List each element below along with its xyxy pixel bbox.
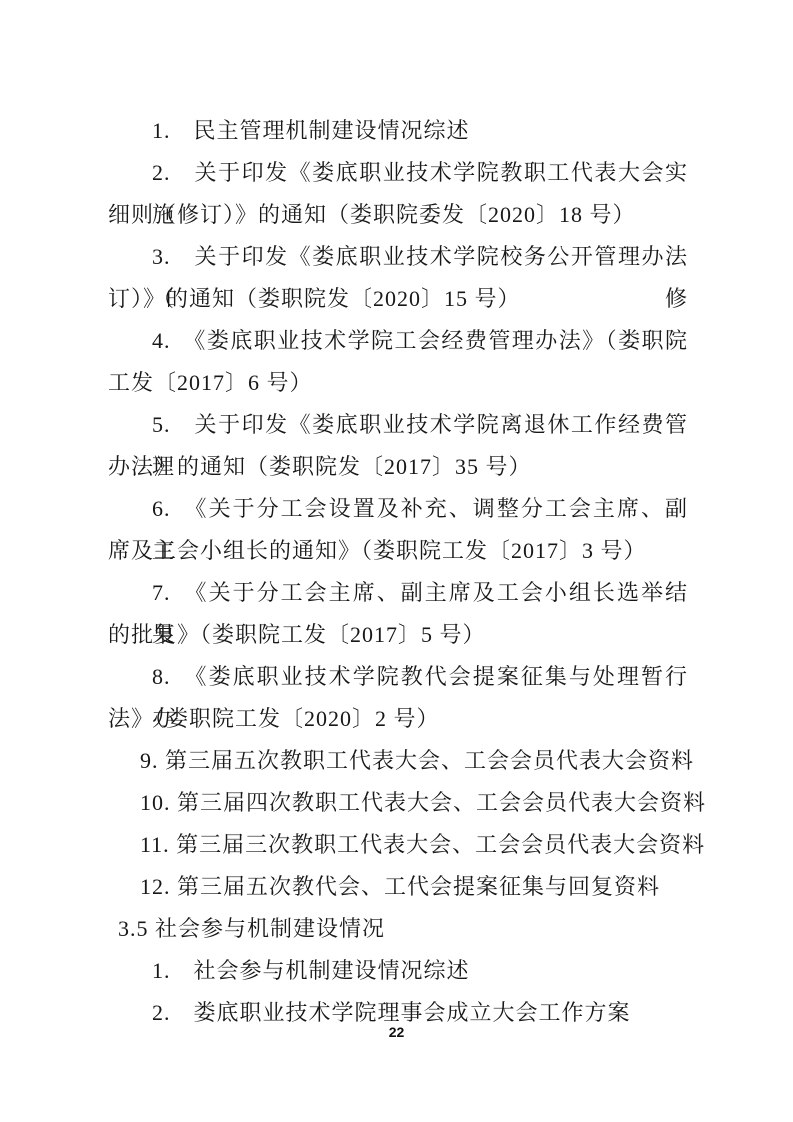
- text-line: 11. 第三届三次教职工代表大会、工会会员代表大会资料: [108, 824, 688, 866]
- document-page: 1. 民主管理机制建设情况综述2. 关于印发《娄底职业技术学院教职工代表大会实施…: [0, 0, 793, 1122]
- text-line: 办法》的通知（娄职院发〔2017〕35 号）: [108, 446, 688, 488]
- text-line: 法》（娄职院工发〔2020〕2 号）: [108, 698, 688, 740]
- text-line: 细则（修订）》的通知（娄职院委发〔2020〕18 号）: [108, 194, 688, 236]
- text-line: 工发〔2017〕6 号）: [108, 362, 688, 404]
- text-line: 10. 第三届四次教职工代表大会、工会会员代表大会资料: [108, 782, 688, 824]
- text-line: 1. 民主管理机制建设情况综述: [108, 110, 688, 152]
- text-line: 4. 《娄底职业技术学院工会经费管理办法》（娄职院: [108, 320, 688, 362]
- text-line: 3. 关于印发《娄底职业技术学院校务公开管理办法（修: [108, 236, 688, 278]
- text-line: 7. 《关于分工会主席、副主席及工会小组长选举结果: [108, 572, 688, 614]
- text-block: 1. 民主管理机制建设情况综述2. 关于印发《娄底职业技术学院教职工代表大会实施…: [108, 110, 688, 1034]
- text-line: 2. 关于印发《娄底职业技术学院教职工代表大会实施: [108, 152, 688, 194]
- section-heading: 3.5 社会参与机制建设情况: [108, 908, 688, 950]
- text-line: 1. 社会参与机制建设情况综述: [108, 950, 688, 992]
- text-line: 5. 关于印发《娄底职业技术学院离退休工作经费管理: [108, 404, 688, 446]
- text-line: 的批复》（娄职院工发〔2017〕5 号）: [108, 614, 688, 656]
- text-line: 12. 第三届五次教代会、工代会提案征集与回复资料: [108, 866, 688, 908]
- text-line: 席及工会小组长的通知》（娄职院工发〔2017〕3 号）: [108, 530, 688, 572]
- text-line: 6. 《关于分工会设置及补充、调整分工会主席、副主: [108, 488, 688, 530]
- text-line: 8. 《娄底职业技术学院教代会提案征集与处理暂行办: [108, 656, 688, 698]
- page-number: 22: [0, 1022, 793, 1042]
- text-line: 9. 第三届五次教职工代表大会、工会会员代表大会资料: [108, 740, 688, 782]
